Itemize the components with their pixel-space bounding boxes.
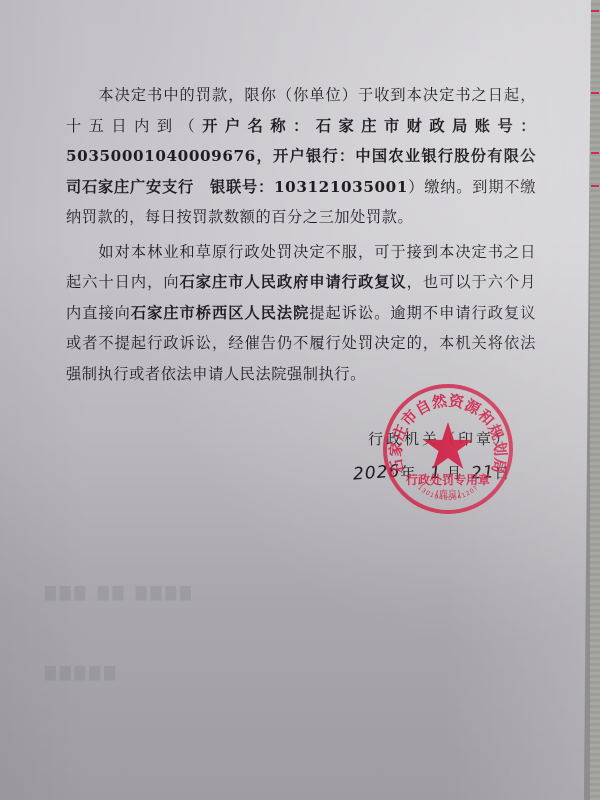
review-authority: 石家庄市人民政府申请行政复议 — [180, 273, 407, 291]
appeal-text-3: 提起诉讼。逾期不申请行政复议或者不提起行政诉讼，经催告仍不履行处罚决定的，本机关… — [66, 304, 536, 383]
document-body: 本决定书中的罚款，限你（你单位）于收到本决定书之日起，十五日内到（开户名称：石家… — [66, 80, 536, 389]
seal-graphic: 石家庄市自然资源和规划局 行政处罚专用章 (鹿泉) 1301040064120? — [383, 384, 513, 514]
bank-account-details: 开户名称：石家庄市财政局账号：50350001040009676，开户银行：中国… — [66, 117, 536, 196]
svg-text:1301040064120?: 1301040064120? — [416, 484, 480, 502]
date-day: 21 — [470, 462, 495, 484]
date-day-suffix: 日 — [494, 464, 509, 482]
seal-serial: 1301040064120? — [416, 484, 480, 502]
seal-org-name: 石家庄市自然资源和规划局 — [387, 391, 510, 475]
bleed-through-text: ▇▇▇▇▇ — [45, 665, 119, 681]
background-surface — [590, 0, 600, 800]
court-name: 石家庄市桥西区人民法院 — [131, 304, 309, 322]
seal-purpose: 行政处罚专用章 — [406, 472, 490, 487]
document-page: ▇▇▇ ▇▇ ▇▇▇▇ ▇▇▇▇▇ 本决定书中的罚款，限你（你单位）于收到本决定… — [0, 0, 591, 800]
surface-mark — [591, 10, 599, 12]
date-year: 2026 — [352, 461, 401, 484]
appeal-text-2: ，也可以于六个月内直接向 — [66, 273, 536, 322]
appeal-text-1: 如对本林业和草原行政处罚决定不服，可于接到本决定书之日起六十日内，向 — [66, 243, 536, 292]
payment-text-2: ）缴纳。到期不缴纳罚款的，每日按罚款数额的百分之三加处罚款。 — [66, 178, 536, 227]
bleed-through-text: ▇▇▇ ▇▇ ▇▇▇▇ — [45, 585, 195, 601]
surface-mark — [591, 92, 599, 94]
date-year-suffix: 年 — [400, 464, 415, 482]
paragraph-payment: 本决定书中的罚款，限你（你单位）于收到本决定书之日起，十五日内到（开户名称：石家… — [66, 80, 536, 233]
surface-mark — [591, 185, 599, 187]
surface-mark — [591, 152, 599, 154]
svg-text:石家庄市自然资源和规划局: 石家庄市自然资源和规划局 — [387, 391, 510, 475]
date-month: 1 — [429, 463, 442, 484]
date-month-suffix: 月 — [446, 464, 461, 482]
signature-label: 行政机关（印章） — [368, 428, 512, 449]
signature-date: 2026年 1 月 21日 — [353, 462, 509, 483]
seal-district: (鹿泉) — [435, 488, 460, 500]
official-seal: 石家庄市自然资源和规划局 行政处罚专用章 (鹿泉) 1301040064120? — [383, 384, 513, 514]
payment-text-1: 本决定书中的罚款，限你（你单位）于收到本决定书之日起，十五日内到（ — [66, 86, 536, 135]
star-icon — [423, 422, 472, 469]
paragraph-appeal: 如对本林业和草原行政处罚决定不服，可于接到本决定书之日起六十日内，向石家庄市人民… — [66, 237, 536, 390]
